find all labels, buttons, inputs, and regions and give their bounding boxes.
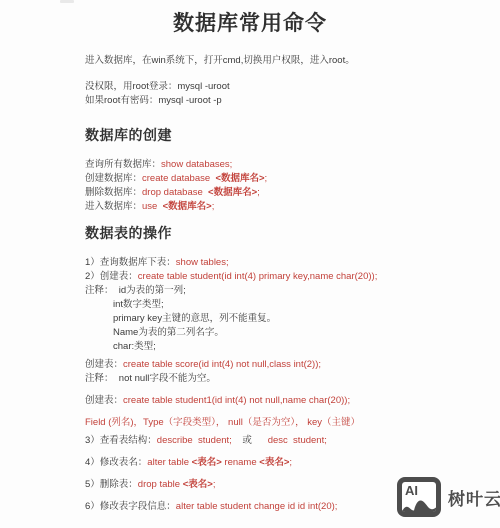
ai-image-logo-frame: AI [402, 482, 436, 512]
command-text: <表名> [192, 457, 222, 468]
text-segment: primary key主键的意思，列不能重复。 [113, 313, 276, 324]
section-database-creation: 数据库的创建 查询所有数据库：show databases;创建数据库：crea… [85, 127, 494, 213]
command-text: <数据库名> [163, 201, 212, 212]
intro-paragraphs: 进入数据库，在win系统下，打开cmd,切换用户权限，进入root。没权限，用r… [85, 54, 494, 107]
command-text: <表名> [259, 457, 289, 468]
text-segment: 进入数据库： [85, 201, 142, 212]
text-segment: 创建表： [85, 359, 123, 370]
command-text: drop database [142, 187, 208, 198]
doc-line: 3）查看表结构：describe student; 或 desc student… [85, 434, 494, 447]
command-text: create database [142, 173, 215, 184]
watermark: AI 树叶云 [397, 477, 500, 517]
text-segment: 创建数据库： [85, 173, 142, 184]
command-text: show tables; [176, 257, 229, 268]
text-segment: 创建表： [85, 395, 123, 406]
command-text: ; [257, 187, 260, 198]
mountains-icon [402, 497, 436, 512]
page-title: 数据库常用命令 [0, 0, 500, 36]
doc-line: 没权限，用root登录：mysql -uroot [85, 80, 494, 93]
doc-line: 注释： not null字段不能为空。 [85, 372, 494, 385]
doc-line: char:类型; [113, 340, 494, 353]
section-lines: 查询所有数据库：show databases;创建数据库：create data… [85, 158, 494, 213]
section-table-operations: 数据表的操作 1）查询数据库下表：show tables;2）创建表：creat… [85, 225, 494, 513]
command-text: alter table [147, 457, 191, 468]
text-segment: 注释： [85, 373, 119, 384]
doc-line: 创建表：create table score(id int(4) not nul… [85, 358, 494, 371]
command-text: ; [212, 201, 215, 212]
command-text: <表名> [183, 479, 213, 490]
text-segment: 注释： [85, 285, 119, 296]
text-segment: 5）删除表： [85, 479, 138, 490]
text-segment: id为表的第一列; [119, 285, 186, 296]
command-text: ; [213, 479, 216, 490]
text-segment: 6）修改表字段信息： [85, 501, 176, 512]
command-text: Field (列名)，Type（字段类型）， null（是否为空）， key（主… [85, 417, 360, 428]
command-text: use [142, 201, 163, 212]
doc-line: 如果root有密码：mysql -uroot -p [85, 94, 494, 107]
text-segment: 没权限，用root登录：mysql -uroot [85, 81, 230, 92]
section-lines: 1）查询数据库下表：show tables;2）创建表：create table… [85, 256, 494, 513]
text-segment: 3）查看表结构： [85, 435, 157, 446]
text-segment: 2）创建表： [85, 271, 138, 282]
doc-line: 创建表：create table student1(id int(4) not … [85, 394, 494, 407]
text-segment: 1）查询数据库下表： [85, 257, 176, 268]
doc-line: 4）修改表名：alter table <表名> rename <表名>; [85, 456, 494, 469]
text-segment: 删除数据库： [85, 187, 142, 198]
doc-line: int数字类型; [113, 298, 494, 311]
doc-line: 注释： id为表的第一列; [85, 284, 494, 297]
text-segment: Name为表的第二列名字。 [113, 327, 224, 338]
text-segment: not null字段不能为空。 [119, 373, 216, 384]
text-segment: 查询所有数据库： [85, 159, 161, 170]
command-text: describe student; [157, 435, 232, 446]
command-text: <数据库名> [215, 173, 264, 184]
document-content: 进入数据库，在win系统下，打开cmd,切换用户权限，进入root。没权限，用r… [85, 54, 494, 513]
command-text: ; [265, 173, 268, 184]
doc-line: Field (列名)，Type（字段类型）， null（是否为空）， key（主… [85, 416, 494, 429]
command-text: create table student1(id int(4) not null… [123, 395, 350, 406]
doc-line: 1）查询数据库下表：show tables; [85, 256, 494, 269]
text-segment: 如果root有密码：mysql -uroot -p [85, 95, 222, 106]
document-page: 数据库常用命令 进入数据库，在win系统下，打开cmd,切换用户权限，进入roo… [0, 0, 500, 528]
text-segment: 4）修改表名： [85, 457, 147, 468]
command-text: drop table [138, 479, 183, 490]
doc-line: Name为表的第二列名字。 [113, 326, 494, 339]
doc-line: 2）创建表：create table student(id int(4) pri… [85, 270, 494, 283]
text-segment: 进入数据库，在win系统下，打开cmd,切换用户权限，进入root。 [85, 55, 355, 66]
command-text: ; [289, 457, 292, 468]
command-text: rename [222, 457, 260, 468]
section-heading-database-creation: 数据库的创建 [85, 127, 494, 144]
command-text: desc student; [268, 435, 327, 446]
command-text: create table student(id int(4) primary k… [138, 271, 378, 282]
command-text: alter table student change id id int(20)… [176, 501, 338, 512]
command-text: create table score(id int(4) not null,cl… [123, 359, 321, 370]
watermark-brand-text: 树叶云 [448, 485, 500, 510]
artifact-smudge [60, 0, 74, 3]
doc-line: 进入数据库：use <数据库名>; [85, 200, 494, 213]
doc-line: 创建数据库：create database <数据库名>; [85, 172, 494, 185]
section-heading-table-operations: 数据表的操作 [85, 225, 494, 242]
doc-line: 进入数据库，在win系统下，打开cmd,切换用户权限，进入root。 [85, 54, 494, 67]
doc-line: 查询所有数据库：show databases; [85, 158, 494, 171]
command-text: show databases; [161, 159, 232, 170]
ai-image-logo-icon: AI [397, 477, 441, 517]
doc-line: primary key主键的意思，列不能重复。 [113, 312, 494, 325]
command-text: <数据库名> [208, 187, 257, 198]
doc-line: 删除数据库：drop database <数据库名>; [85, 186, 494, 199]
text-segment: int数字类型; [113, 299, 164, 310]
ai-logo-text: AI [405, 483, 418, 498]
text-segment: 或 [232, 435, 268, 446]
text-segment: char:类型; [113, 341, 156, 352]
